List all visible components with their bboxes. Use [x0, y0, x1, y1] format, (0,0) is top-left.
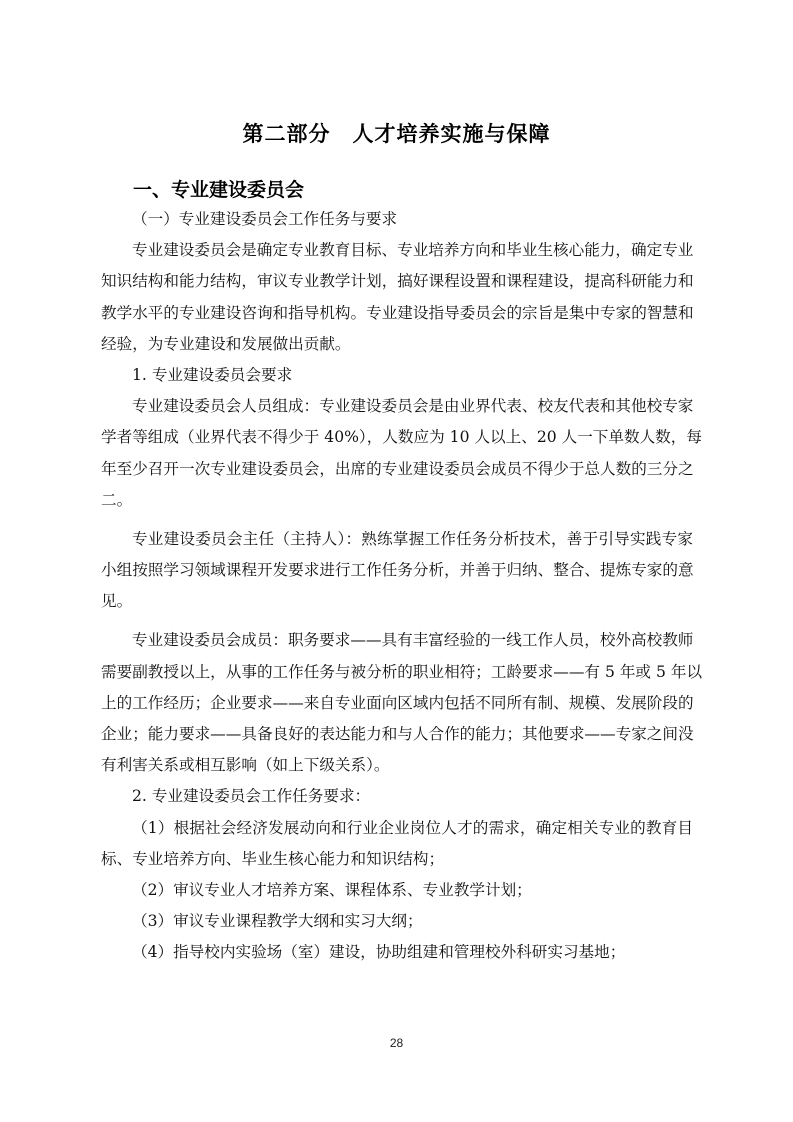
requirements-heading: 1. 专业建设委员会要求	[101, 360, 693, 391]
page-title: 第二部分 人才培养实施与保障	[0, 118, 793, 148]
text-line: 专业建设委员会成员：职务要求——具有丰富经验的一线工作人员，校外高校教师	[101, 625, 693, 656]
text-line: 知识结构和能力结构，审议专业教学计划，搞好课程设置和课程建设，提高科研能力和	[101, 266, 693, 297]
subsection-heading: （一）专业建设委员会工作任务与要求	[101, 204, 693, 235]
paragraph-director: 专业建设委员会主任（主持人）：熟练掌握工作任务分析技术，善于引导实践专家 小组按…	[101, 524, 693, 618]
text-line: 专业建设委员会人员组成：专业建设委员会是由业界代表、校友代表和其他校专家	[101, 391, 693, 422]
text-line: 二。	[101, 485, 693, 516]
text-line: （1）根据社会经济发展动向和行业企业岗位人才的需求，确定相关专业的教育目	[101, 813, 693, 844]
task-item: （1）根据社会经济发展动向和行业企业岗位人才的需求，确定相关专业的教育目 标、专…	[101, 813, 693, 875]
text-line: 企业；能力要求——具备良好的表达能力和与人合作的能力；其他要求——专家之间没	[101, 719, 693, 750]
task-item: （2）审议专业人才培养方案、课程体系、专业教学计划；	[101, 875, 693, 906]
text-line: （4）指导校内实验场（室）建设，协助组建和管理校外科研实习基地；	[101, 937, 693, 968]
text-line: 专业建设委员会是确定专业教育目标、专业培养方向和毕业生核心能力，确定专业	[101, 235, 693, 266]
tasks-heading: 2. 专业建设委员会工作任务要求：	[101, 781, 693, 812]
text-line: 小组按照学习领域课程开发要求进行工作任务分析，并善于归纳、整合、提炼专家的意	[101, 555, 693, 586]
text-line: 标、专业培养方向、毕业生核心能力和知识结构；	[101, 844, 693, 875]
text-line: 见。	[101, 586, 693, 617]
text-line: 教学水平的专业建设咨询和指导机构。专业建设指导委员会的宗旨是集中专家的智慧和	[101, 298, 693, 329]
text-line: （3）审议专业课程教学大纲和实习大纲；	[101, 906, 693, 937]
text-line: 专业建设委员会主任（主持人）：熟练掌握工作任务分析技术，善于引导实践专家	[101, 524, 693, 555]
text-line: 学者等组成（业界代表不得少于 40%），人数应为 10 人以上、20 人一下单数…	[101, 422, 693, 453]
paragraph-members: 专业建设委员会成员：职务要求——具有丰富经验的一线工作人员，校外高校教师 需要副…	[101, 625, 693, 781]
text-line: 经验，为专业建设和发展做出贡献。	[101, 329, 693, 360]
paragraph-intro: 专业建设委员会是确定专业教育目标、专业培养方向和毕业生核心能力，确定专业 知识结…	[101, 235, 693, 360]
paragraph-composition: 专业建设委员会人员组成：专业建设委员会是由业界代表、校友代表和其他校专家 学者等…	[101, 391, 693, 516]
text-line: 需要副教授以上，从事的工作任务与被分析的职业相符；工龄要求——有 5 年或 5 …	[101, 657, 693, 688]
text-line: 有利害关系或相互影响（如上下级关系）。	[101, 750, 693, 781]
task-item: （4）指导校内实验场（室）建设，协助组建和管理校外科研实习基地；	[101, 937, 693, 968]
body-text: （一）专业建设委员会工作任务与要求 专业建设委员会是确定专业教育目标、专业培养方…	[101, 204, 693, 969]
text-line: 上的工作经历；企业要求——来自专业面向区域内包括不同所有制、规模、发展阶段的	[101, 688, 693, 719]
page-number: 28	[0, 1036, 793, 1050]
task-item: （3）审议专业课程教学大纲和实习大纲；	[101, 906, 693, 937]
text-line: 年至少召开一次专业建设委员会，出席的专业建设委员会成员不得少于总人数的三分之	[101, 454, 693, 485]
tasks-list: （1）根据社会经济发展动向和行业企业岗位人才的需求，确定相关专业的教育目 标、专…	[101, 813, 693, 969]
text-line: （2）审议专业人才培养方案、课程体系、专业教学计划；	[101, 875, 693, 906]
section-heading: 一、专业建设委员会	[133, 175, 304, 202]
